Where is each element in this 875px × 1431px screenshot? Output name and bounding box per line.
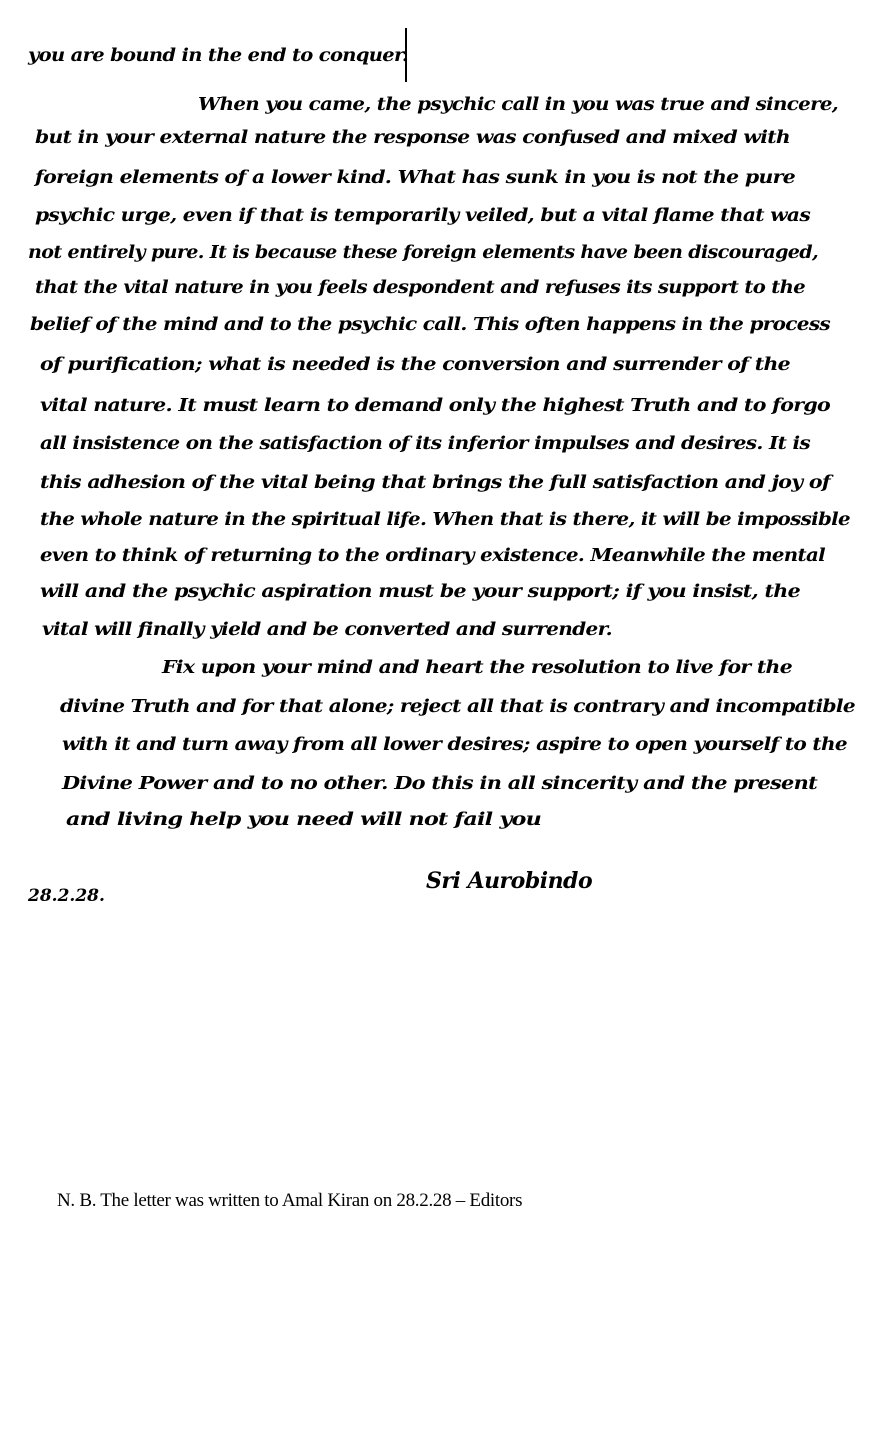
letter-line: Divine Power and to no other. Do this in… [62, 774, 817, 794]
letter-line: all insistence on the satisfaction of it… [40, 434, 810, 454]
letter-line: vital will finally yield and be converte… [42, 620, 612, 640]
signature: Sri Aurobindo [426, 868, 592, 894]
letter-line: psychic urge, even if that is temporaril… [35, 206, 810, 226]
letter-date: 28.2.28. [28, 886, 105, 906]
letter-line: divine Truth and for that alone; reject … [60, 697, 855, 717]
letter-line: foreign elements of a lower kind. What h… [35, 168, 795, 188]
letter-line: even to think of returning to the ordina… [40, 546, 825, 566]
letter-line: and living help you need will not fail y… [66, 810, 541, 830]
letter-line: vital nature. It must learn to demand on… [40, 396, 830, 416]
letter-line: but in your external nature the response… [35, 128, 790, 148]
letter-line: will and the psychic aspiration must be … [40, 582, 800, 602]
letter-page: you are bound in the end to conquer.When… [0, 0, 875, 1431]
letter-line: When you came, the psychic call in you w… [198, 95, 838, 115]
letter-line: this adhesion of the vital being that br… [40, 473, 830, 493]
letter-line: with it and turn away from all lower des… [62, 735, 847, 755]
letter-line: not entirely pure. It is because these f… [28, 243, 818, 263]
letter-line: Fix upon your mind and heart the resolut… [162, 658, 792, 678]
letter-line: the whole nature in the spiritual life. … [40, 510, 850, 530]
letter-line: you are bound in the end to conquer. [28, 46, 408, 66]
letter-line: of purification; what is needed is the c… [40, 355, 790, 375]
editors-note: N. B. The letter was written to Amal Kir… [57, 1190, 522, 1212]
letter-line: that the vital nature in you feels despo… [35, 278, 805, 298]
letter-line: belief of the mind and to the psychic ca… [30, 315, 830, 335]
